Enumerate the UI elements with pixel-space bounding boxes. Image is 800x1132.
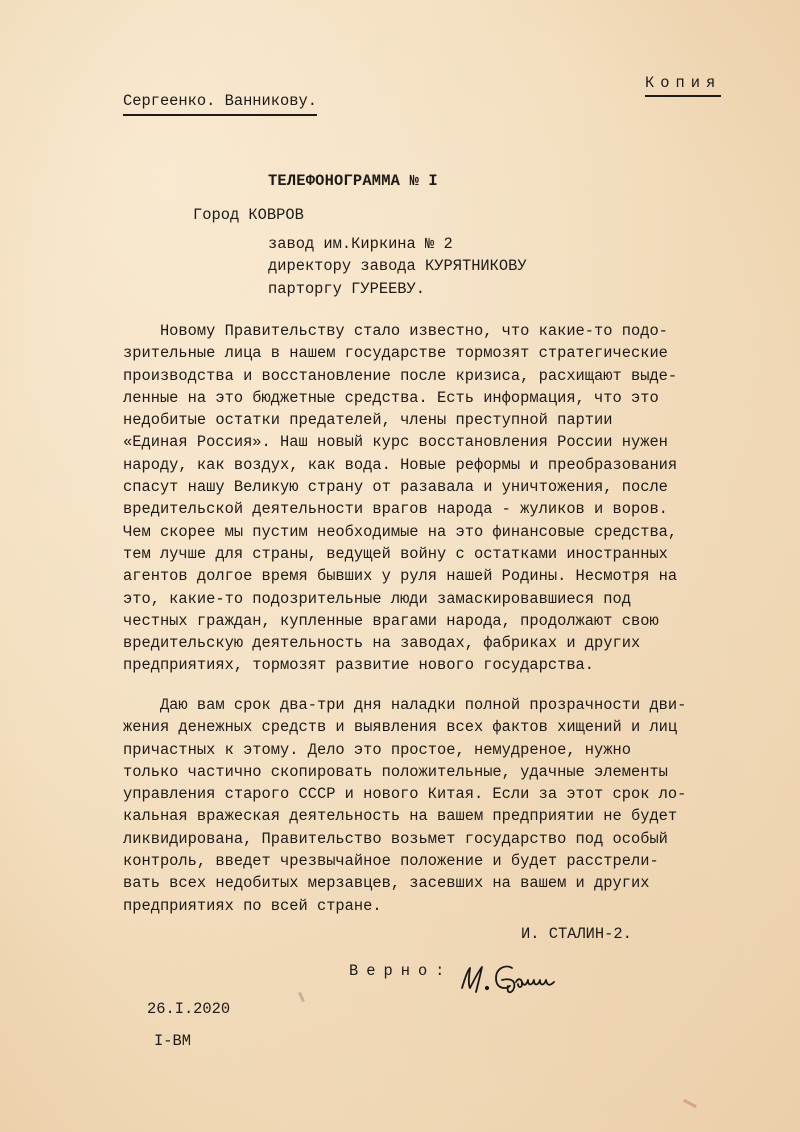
addressee-line: Сергеенко. Ванникову. (123, 92, 317, 116)
document-reference: I-ВМ (154, 1032, 191, 1050)
city-line: Город КОВРОВ (193, 206, 304, 224)
document-title: ТЕЛЕФОНОГРАММА № I (268, 172, 438, 190)
text-line: управления старого СССР и нового Китая. … (123, 783, 743, 805)
text-line: Даю вам срок два-три дня наладки полной … (123, 694, 743, 716)
text-line: агентов долгое время бывших у руля нашей… (123, 565, 743, 587)
text-line: вредительскую деятельность на заводах, ф… (123, 632, 743, 654)
handwritten-signature-icon (456, 958, 576, 1000)
document-date: 26.I.2020 (147, 1000, 230, 1018)
text-line: недобитые остатки предателей, члены прес… (123, 409, 743, 431)
text-line: Чем скорее мы пустим необходимые на это … (123, 521, 743, 543)
text-line: честных граждан, купленные врагами народ… (123, 610, 743, 632)
text-line: жения денежных средств и выявления всех … (123, 716, 743, 738)
recipient-factory: завод им.Киркина № 2 (268, 235, 453, 253)
copy-mark: Копия (645, 74, 721, 97)
text-line: производства и восстановление после криз… (123, 365, 743, 387)
text-line: спасут нашу Великую страну от разавала и… (123, 476, 743, 498)
text-line: предприятиях, тормозят развитие нового г… (123, 654, 743, 676)
text-line: контроль, введет чрезвычайное положение … (123, 850, 743, 872)
document-page: Копия Сергеенко. Ванникову. ТЕЛЕФОНОГРАМ… (0, 0, 800, 1132)
text-line: только частично скопировать положительны… (123, 761, 743, 783)
text-line: вать всех недобитых мерзавцев, засевших … (123, 872, 743, 894)
paragraph-2: Даю вам срок два-три дня наладки полной … (123, 694, 743, 917)
text-line: народу, как воздух, как вода. Новые рефо… (123, 454, 743, 476)
text-line: кальная вражеская деятельность на вашем … (123, 805, 743, 827)
text-line: тем лучше для страны, ведущей войну с ос… (123, 543, 743, 565)
text-line: это, какие-то подозрительные люди замаск… (123, 588, 743, 610)
paper-speck (683, 1099, 697, 1108)
verified-label: Верно: (349, 962, 452, 980)
text-line: ленные на это бюджетные средства. Есть и… (123, 387, 743, 409)
text-line: причастных к этому. Дело это простое, не… (123, 739, 743, 761)
text-line: ликвидирована, Правительство возьмет гос… (123, 828, 743, 850)
text-line: зрительные лица в нашем государстве торм… (123, 342, 743, 364)
paper-speck (298, 992, 305, 1002)
signatory-name: И. СТАЛИН-2. (521, 925, 632, 943)
text-line: предприятиях по всей стране. (123, 895, 743, 917)
recipient-partorg: парторгу ГУРЕЕВУ. (268, 280, 425, 298)
text-line: вредительской деятельности врагов народа… (123, 498, 743, 520)
text-line: Новому Правительству стало известно, что… (123, 320, 743, 342)
recipient-director: директору завода КУРЯТНИКОВУ (268, 257, 527, 275)
paragraph-1: Новому Правительству стало известно, что… (123, 320, 743, 677)
text-line: «Единая Россия». Наш новый курс восстано… (123, 431, 743, 453)
